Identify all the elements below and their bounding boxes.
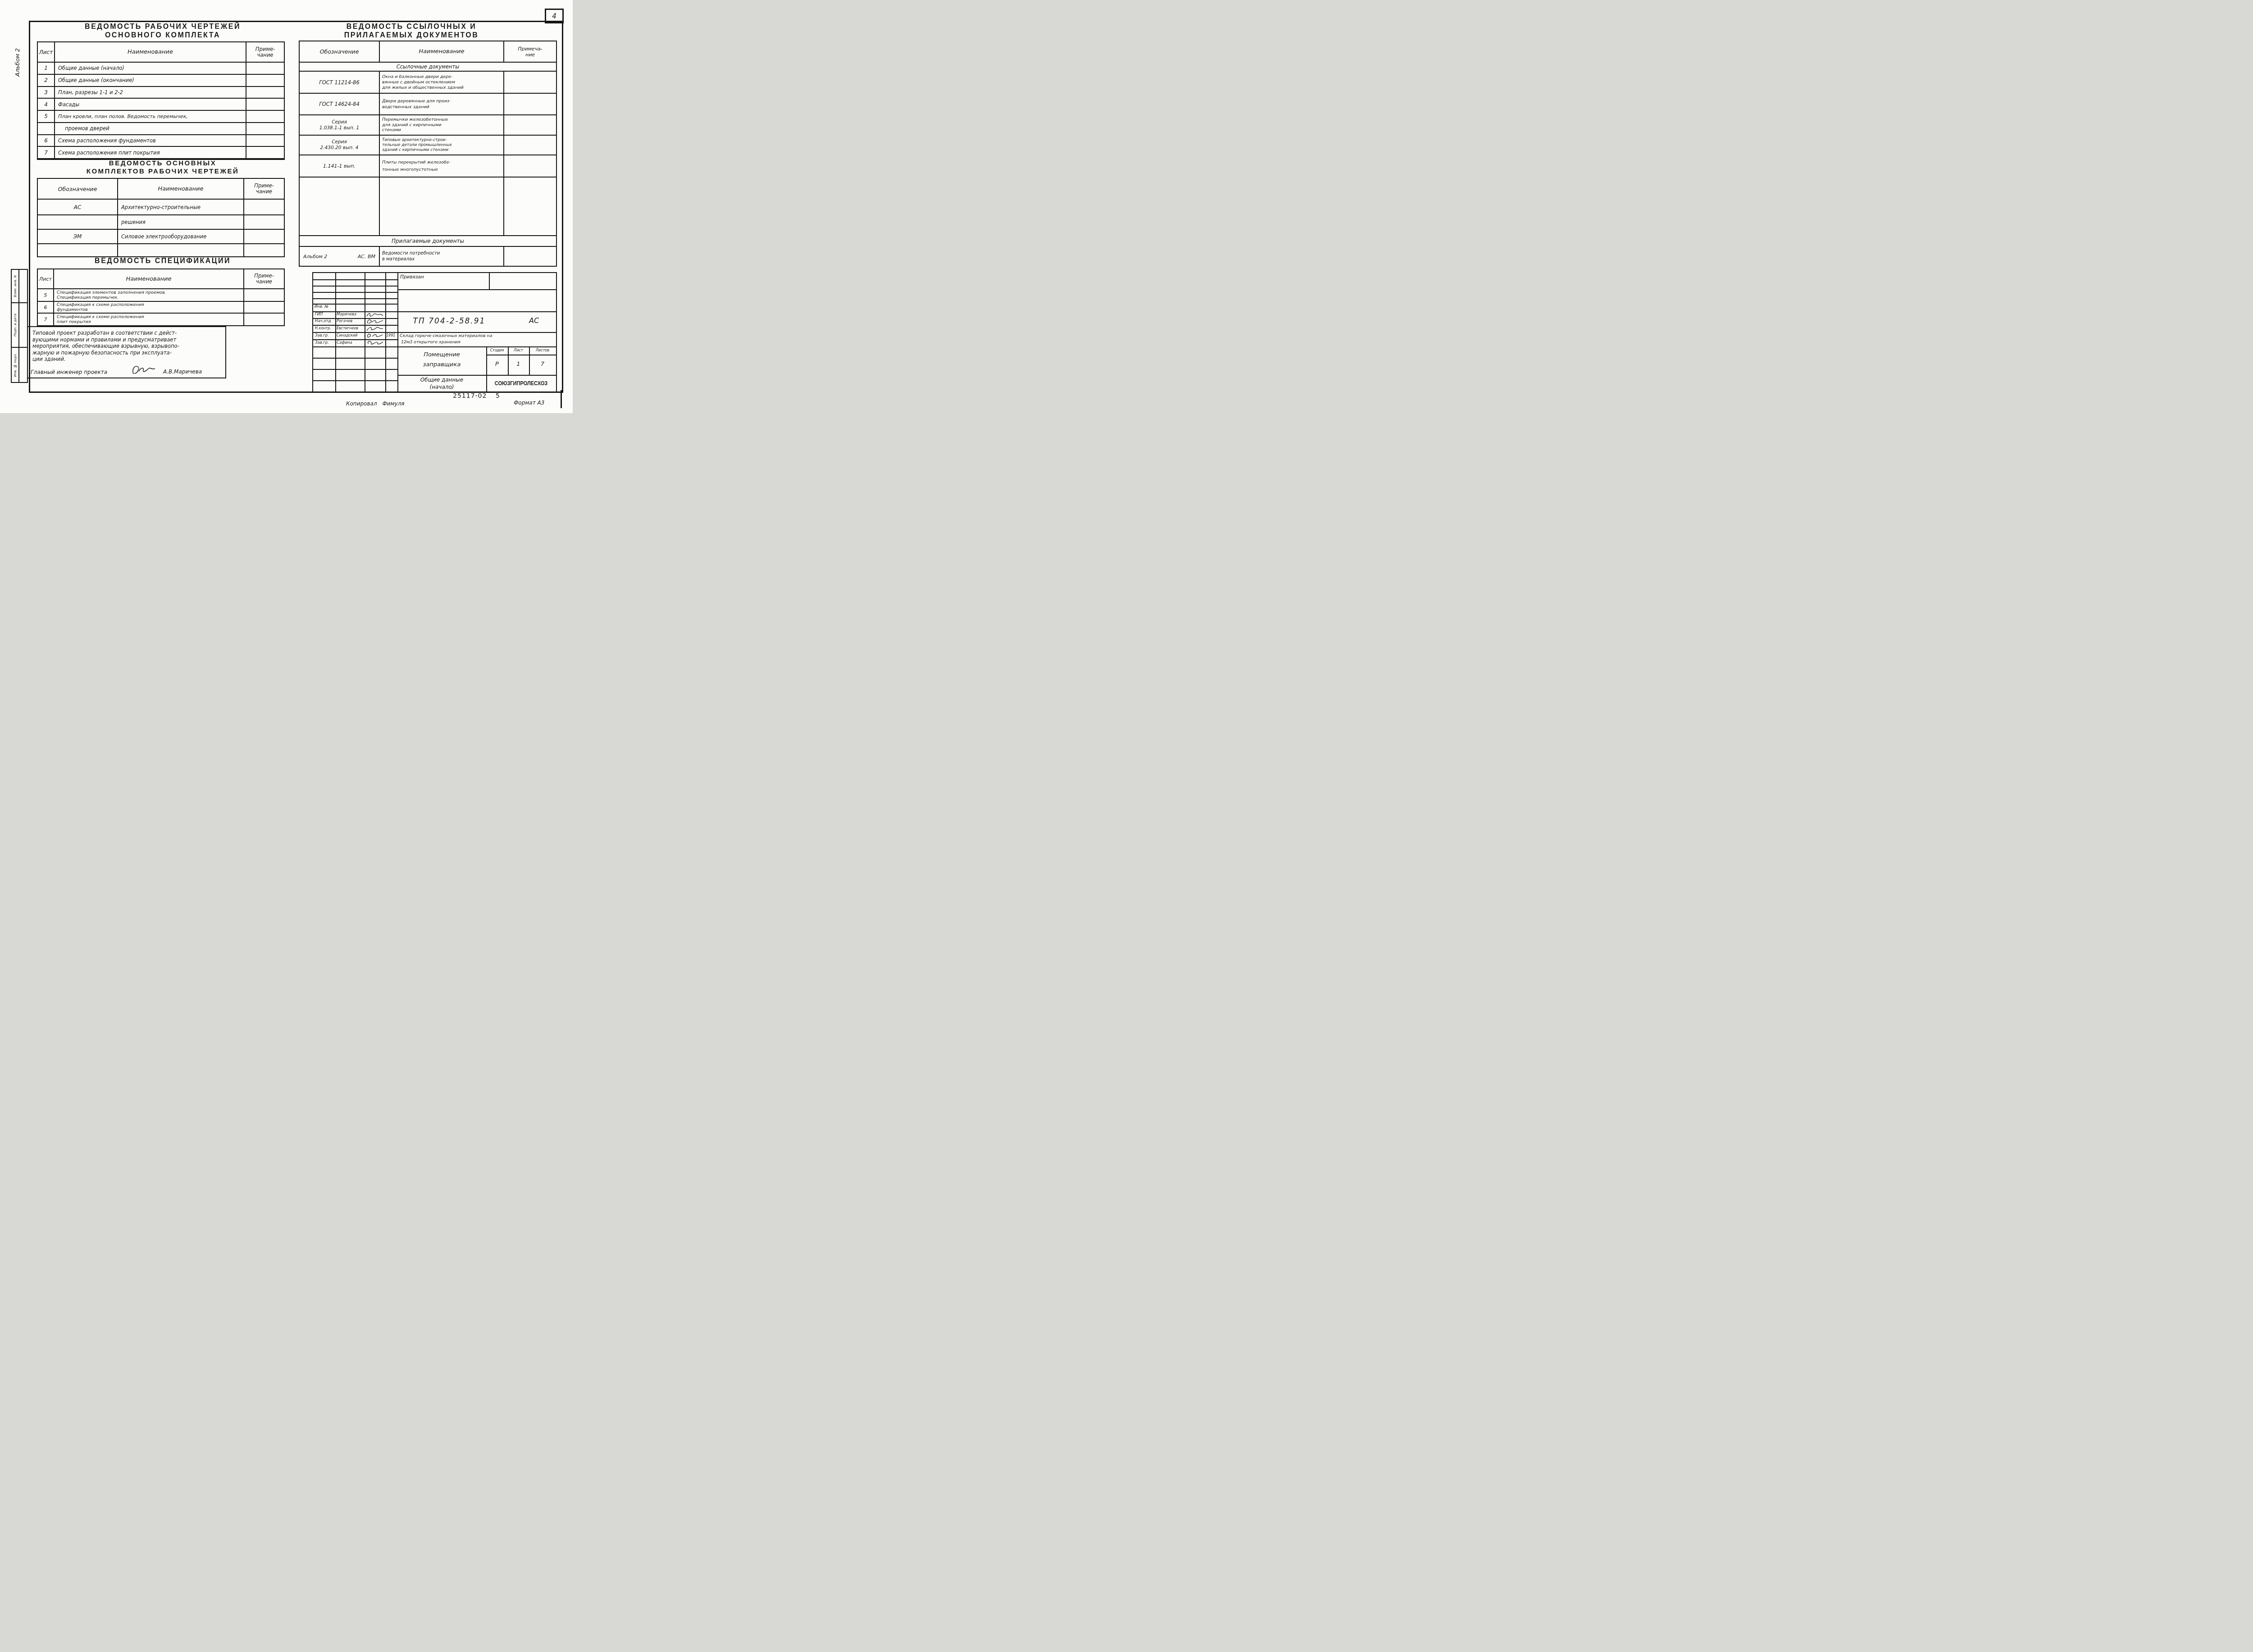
binding-label: Привязан <box>400 274 424 280</box>
row-name-l2: Спецификация перемычек. <box>57 295 119 300</box>
row-name: План, разрезы 1-1 и 2-2 <box>55 87 246 99</box>
row-note <box>244 215 284 230</box>
doc-number: 25117-02 <box>453 392 487 400</box>
copied-name: Фимуля <box>382 400 404 407</box>
row-num: 5 <box>38 289 54 302</box>
row-note <box>246 87 284 99</box>
section-referenced: Ссылочные документы <box>300 63 556 72</box>
row-code: 1.141-1 вып. <box>300 155 380 177</box>
sheet-value: 1 <box>508 361 529 368</box>
main-sets-title: ВЕДОМОСТЬ ОСНОВНЫХ КОМПЛЕКТОВ РАБОЧИХ ЧЕ… <box>43 159 282 176</box>
row-code: ГОСТ 11214-86 <box>300 72 380 94</box>
document-code: ТП 704-2-58.91 <box>409 317 490 326</box>
row-num: 4 <box>38 99 55 111</box>
row-num: 7 <box>38 147 55 159</box>
row-name-l2: вянные с двойным остеклением <box>382 80 455 85</box>
col-header-note: Приме- чание <box>244 269 284 289</box>
attached-album: Альбом 2 <box>303 254 327 259</box>
row-code <box>38 244 118 256</box>
row-note <box>504 136 556 155</box>
grid-line <box>489 273 490 289</box>
grid-line <box>313 279 397 280</box>
row-name-l1: Спецификация к схеме расположения <box>57 314 144 319</box>
margin-stamp-empty-cell <box>19 348 27 382</box>
row-note <box>246 123 284 135</box>
row-name-l2: фундаментов <box>57 307 88 312</box>
row-note <box>246 99 284 111</box>
signature-sinadsky <box>366 332 384 339</box>
row-note <box>246 147 284 159</box>
title-line: ПРИЛАГАЕМЫХ ДОКУМЕНТОВ <box>299 31 524 40</box>
row-name: проемов дверей <box>55 123 246 135</box>
row-name: Спецификация элементов заполнения проемо… <box>54 289 244 302</box>
col-header-note-l2: чание <box>256 279 272 285</box>
title-line: ОСНОВНОГО КОМПЛЕКТА <box>43 31 282 40</box>
col-header-code: Обозначение <box>38 179 118 200</box>
row-num: 5 <box>38 111 55 123</box>
grid-line <box>313 325 397 326</box>
col-header-note: Примеча- ние <box>504 41 556 63</box>
grid-line <box>486 355 556 355</box>
row-code <box>38 215 118 230</box>
row-name-l1: Спецификация к схеме расположения <box>57 302 144 307</box>
row-name-l1: Ведомости потребности <box>382 250 440 256</box>
object-name-l1: Помещение <box>397 351 486 358</box>
signature-evstigneev <box>366 325 384 332</box>
col-header-name: Наименование <box>380 41 504 63</box>
row-name-l3: стенами <box>382 127 401 133</box>
margin-stamps: Взам. инв. N Подп. и дата Инв. № подл. <box>11 269 28 383</box>
object-name-l2: заправщика <box>397 361 486 368</box>
row-name: Спецификация к схеме расположения фундам… <box>54 302 244 314</box>
referenced-docs-title: ВЕДОМОСТЬ ССЫЛОЧНЫХ И ПРИЛАГАЕМЫХ ДОКУМЕ… <box>299 23 524 40</box>
signature-safina <box>366 340 384 346</box>
margin-stamp-empty-cell <box>19 303 27 347</box>
row-name: Схема расположения плит покрытия <box>55 147 246 159</box>
col-header-sheet: Лист <box>38 269 54 289</box>
row-note <box>246 111 284 123</box>
main-sets-table: Обозначение Наименование Приме- чание АС… <box>37 178 285 257</box>
margin-stamp-label: Инв. № подл. <box>13 353 17 377</box>
row-note <box>504 115 556 136</box>
row-name-l1: Типовые архитектурно-строи- <box>382 138 447 143</box>
staff-name: Маричева <box>337 312 356 317</box>
row-code-l1: Серия <box>332 139 347 145</box>
staff-role: Нач.отд <box>315 319 331 323</box>
bottom-doc-number: 25117-02 5 <box>453 392 500 400</box>
col-header-note-l1: Примеча- <box>518 46 543 52</box>
row-name: Силовое электрооборудование <box>118 230 244 244</box>
row-name-l2: в материалах <box>382 256 415 262</box>
margin-stamp-label: Подп. и дата <box>13 314 17 337</box>
row-num: 3 <box>38 87 55 99</box>
row-name: Спецификация к схеме расположения плит п… <box>54 314 244 325</box>
col-header-note-l2: чание <box>256 189 272 195</box>
specifications-table: Лист Наименование Приме- чание 5 Специфи… <box>37 269 285 326</box>
specifications-title: ВЕДОМОСТЬ СПЕЦИФИКАЦИЙ <box>43 257 282 265</box>
grid-line <box>313 358 397 359</box>
sheets-value: 7 <box>529 361 556 368</box>
row-note <box>244 230 284 244</box>
row-name-l3: для жилых и общественных зданий <box>382 85 464 91</box>
section-attached: Прилагаемые документы <box>300 236 556 247</box>
row-name: Перемычки железобетонные для зданий с ки… <box>380 115 504 136</box>
row-name-l2: водственных зданий <box>382 104 429 110</box>
row-name: Схема расположения фундаментов <box>55 135 246 147</box>
col-header-note-l2: ние <box>525 52 535 58</box>
chief-engineer-label: Главный инженер проекта <box>31 369 107 375</box>
row-name-l3: зданий с кирпичными стенами <box>382 148 448 153</box>
copied-by: Копировал Фимуля <box>346 400 405 407</box>
row-name-l2: плит покрытия <box>57 319 91 324</box>
row-code-l2: 2.430.20 вып. 4 <box>320 145 359 151</box>
row-note <box>246 135 284 147</box>
chief-engineer-name: А.В.Маричева <box>163 369 202 375</box>
row-num <box>38 123 55 135</box>
frame-right-stub <box>561 390 562 408</box>
row-name-l1: Двери деревянные для произ- <box>382 98 451 104</box>
margin-stamp-vzam: Взам. инв. N <box>11 269 28 303</box>
row-name: Плиты перекрытий железобе- тонные многоп… <box>380 155 504 177</box>
margin-stamp-label: Взам. инв. N <box>13 275 17 297</box>
staff-role: Зав.гр. <box>315 341 329 345</box>
doc-number-suffix: 5 <box>496 392 500 400</box>
project-name-l1: Склад горюче-смазочных материалов на <box>400 333 493 338</box>
row-code: ЭМ <box>38 230 118 244</box>
margin-stamp-empty-cell <box>19 270 27 302</box>
title-line: КОМПЛЕКТОВ РАБОЧИХ ЧЕРТЕЖЕЙ <box>43 168 282 176</box>
row-name: Общие данные (начало) <box>55 63 246 75</box>
row-num: 7 <box>38 314 54 325</box>
row-num: 6 <box>38 302 54 314</box>
copied-label: Копировал <box>346 400 377 407</box>
note-box: Типовой проект разработан в соответствии… <box>27 326 226 378</box>
note-line: мероприятия, обеспечивающие взрывную, вз… <box>32 343 222 350</box>
grid-line <box>313 369 397 370</box>
signature-rogachev <box>366 319 384 324</box>
row-name-l2: для зданий с кирпичными <box>382 123 442 128</box>
chief-engineer-signature <box>131 364 159 376</box>
col-header-note-l1: Приме- <box>255 46 275 52</box>
row-name: Окна и балконные двери дере- вянные с дв… <box>380 72 504 94</box>
grid-line <box>397 289 556 290</box>
staff-role: ГИП <box>315 312 323 317</box>
row-num: 1 <box>38 63 55 75</box>
empty-cell <box>300 177 380 236</box>
row-note <box>244 302 284 314</box>
col-header-note-l2: чание <box>257 52 274 58</box>
staff-name: Евстигнеев <box>337 326 358 330</box>
margin-stamp-inv: Инв. № подл. <box>11 347 28 383</box>
row-name: Общие данные (окончание) <box>55 75 246 87</box>
row-code-l2: 1.038.1-1 вып. 1 <box>319 125 360 131</box>
col-header-note: Приме- чание <box>244 179 284 200</box>
staff-role: Зав.гр. <box>315 333 329 338</box>
project-name-l2: 12м3 открытого хранения <box>401 340 461 345</box>
col-header-name: Наименование <box>54 269 244 289</box>
grid-line <box>397 375 556 376</box>
grid-line <box>313 339 397 340</box>
set-code: АС <box>524 316 544 325</box>
row-name-l1: Плиты перекрытий железобе- <box>382 159 451 166</box>
row-note <box>244 200 284 215</box>
row-code-l1: Серия <box>332 119 347 125</box>
row-note <box>244 314 284 325</box>
page-number-box: 4 <box>545 9 564 23</box>
referenced-docs-table: Обозначение Наименование Примеча- ние Сс… <box>299 41 557 267</box>
note-line: Типовой проект разработан в соответствии… <box>32 330 222 337</box>
grid-line <box>313 332 556 333</box>
page-number: 4 <box>552 12 556 20</box>
grid-line <box>313 298 397 299</box>
row-name <box>118 244 244 256</box>
working-drawings-title: ВЕДОМОСТЬ РАБОЧИХ ЧЕРТЕЖЕЙ ОСНОВНОГО КОМ… <box>43 23 282 40</box>
row-name: Ведомости потребности в материалах <box>380 247 504 266</box>
drawing-sheet: 4 Альбом 2 Взам. инв. N Подп. и дата Инв… <box>0 0 573 413</box>
row-name: Двери деревянные для произ- водственных … <box>380 94 504 115</box>
row-note <box>246 75 284 87</box>
col-header-name: Наименование <box>118 179 244 200</box>
grid-line <box>486 346 487 392</box>
row-note <box>504 155 556 177</box>
row-name-l1: Спецификация элементов заполнения проемо… <box>57 290 166 295</box>
col-header-sheet: Лист <box>38 42 55 63</box>
signature-maricheva <box>366 312 384 318</box>
staff-date: 1991 <box>386 333 395 337</box>
row-code: ГОСТ 14624-84 <box>300 94 380 115</box>
grid-line <box>313 286 397 287</box>
row-name: План кровли, план полов. Ведомость перем… <box>55 111 246 123</box>
note-line: жарную и пожарную безопасность при экспл… <box>32 350 222 356</box>
note-line: ции зданий. <box>32 356 222 363</box>
sheet-title-l2: (начало) <box>397 384 486 390</box>
row-name: решения <box>118 215 244 230</box>
row-code: АС <box>38 200 118 215</box>
format-label: Формат А3 <box>514 400 544 406</box>
album-label: Альбом 2 <box>14 23 21 77</box>
title-line: ВЕДОМОСТЬ ОСНОВНЫХ <box>43 159 282 168</box>
staff-role: Н.контр. <box>315 326 331 330</box>
inv-number-label: Инв. № <box>315 305 328 309</box>
sheets-label: Листов <box>529 348 556 352</box>
title-line: ВЕДОМОСТЬ ССЫЛОЧНЫХ И <box>299 23 524 31</box>
row-note <box>244 289 284 302</box>
col-header-note: Приме- чание <box>246 42 284 63</box>
row-name-l1: Перемычки железобетонные <box>382 117 448 123</box>
empty-cell <box>380 177 504 236</box>
row-note <box>246 63 284 75</box>
title-line: ВЕДОМОСТЬ РАБОЧИХ ЧЕРТЕЖЕЙ <box>43 23 282 31</box>
row-note <box>504 94 556 115</box>
grid-line <box>313 346 556 347</box>
row-num: 6 <box>38 135 55 147</box>
stage-label: Стадия <box>486 348 508 352</box>
sheet-title-l1: Общие данные <box>397 377 486 383</box>
note-text: Типовой проект разработан в соответствии… <box>28 327 225 363</box>
staff-name: Сафина <box>337 341 352 345</box>
row-num: 2 <box>38 75 55 87</box>
working-drawings-table: Лист Наименование Приме- чание 1 Общие д… <box>37 41 285 160</box>
row-name-l2: тельные детали промышленных <box>382 143 452 148</box>
row-name-l2: тонные многопустотные <box>382 166 438 173</box>
staff-name: Синадский <box>337 333 357 337</box>
row-code: Серия 1.038.1-1 вып. 1 <box>300 115 380 136</box>
sheet-label: Лист <box>508 348 529 352</box>
row-name: Типовые архитектурно-строи- тельные дета… <box>380 136 504 155</box>
grid-line <box>313 380 397 381</box>
col-header-name: Наименование <box>55 42 246 63</box>
staff-name: Рогачев <box>337 319 352 323</box>
note-line: вующими нормами и правилами и предусматр… <box>32 337 222 343</box>
row-name: Архитектурно-строительные <box>118 200 244 215</box>
stage-value: Р <box>486 361 508 368</box>
row-name: Фасады <box>55 99 246 111</box>
grid-line <box>313 292 397 293</box>
row-note <box>504 247 556 266</box>
title-block: Привязан Инв. № ГИП Маричева Нач.отд Рог… <box>312 272 557 393</box>
organization-name: СОЮЗГИПРОЛЕСХОЗ <box>489 380 553 387</box>
col-header-code: Обозначение <box>300 41 380 63</box>
row-name-l1: Окна и балконные двери дере- <box>382 74 453 80</box>
attached-code: АС. ВМ <box>358 254 375 259</box>
row-code: Серия 2.430.20 вып. 4 <box>300 136 380 155</box>
row-code: Альбом 2 АС. ВМ <box>300 247 380 266</box>
empty-cell <box>504 177 556 236</box>
row-note <box>504 72 556 94</box>
margin-stamp-podp: Подп. и дата <box>11 302 28 348</box>
row-note <box>244 244 284 256</box>
